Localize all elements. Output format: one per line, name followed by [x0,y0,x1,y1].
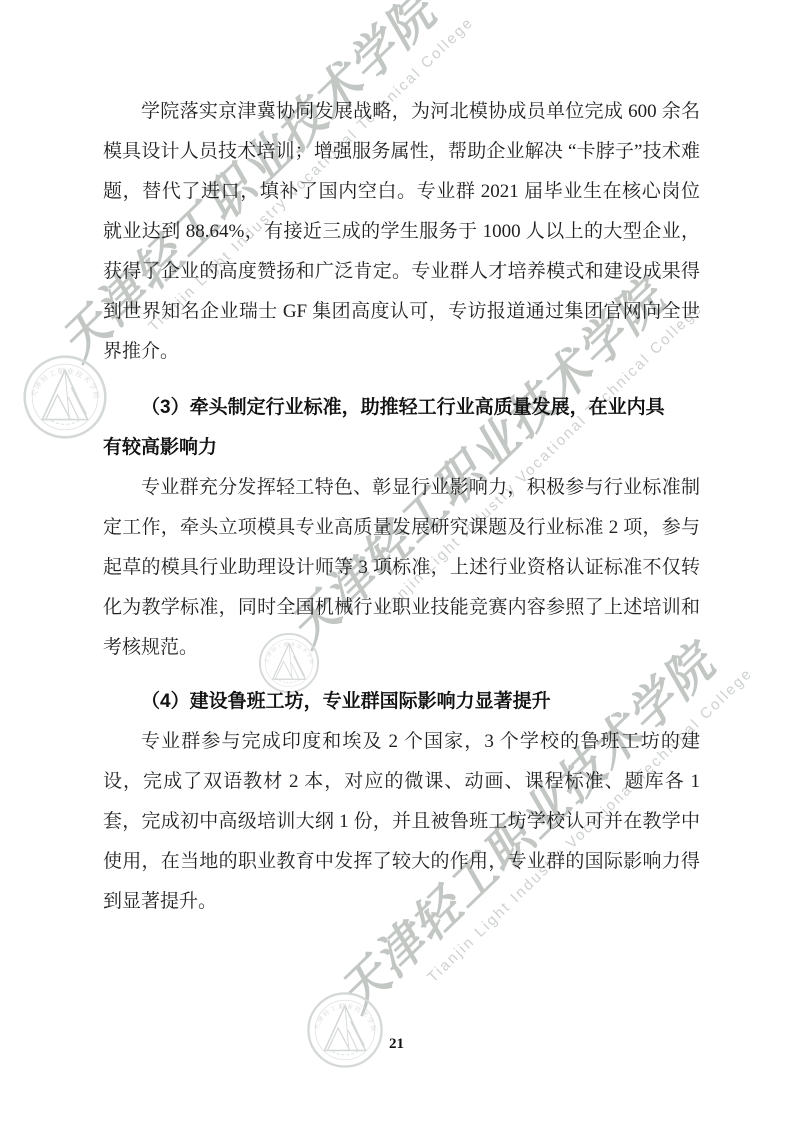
page-body: 学院落实京津冀协同发展战略，为河北模协成员单位完成 600 余名模具设计人员技术… [103,92,700,922]
paragraph-industry-standards: 专业群充分发挥轻工特色、彰显行业影响力，积极参与行业标准制定工作，牵头立项模具专… [103,468,700,668]
college-seal-icon [22,354,108,440]
section-heading-4: （4）建设鲁班工坊，专业群国际影响力显著提升 [103,682,700,722]
paragraph-achievements: 学院落实京津冀协同发展战略，为河北模协成员单位完成 600 余名模具设计人员技术… [103,92,700,372]
document-page: 天津轻工职业技术学院 天津轻工职业技术学院 Tianjin Light Indu… [0,0,793,1122]
college-seal-icon [306,991,384,1069]
section-heading-3: （3）牵头制定行业标准，助推轻工行业高质量发展，在业内具有较高影响力 [103,388,700,468]
paragraph-luban-workshop: 专业群参与完成印度和埃及 2 个国家，3 个学校的鲁班工坊的建设，完成了双语教材… [103,722,700,922]
page-number: 21 [0,1036,793,1053]
